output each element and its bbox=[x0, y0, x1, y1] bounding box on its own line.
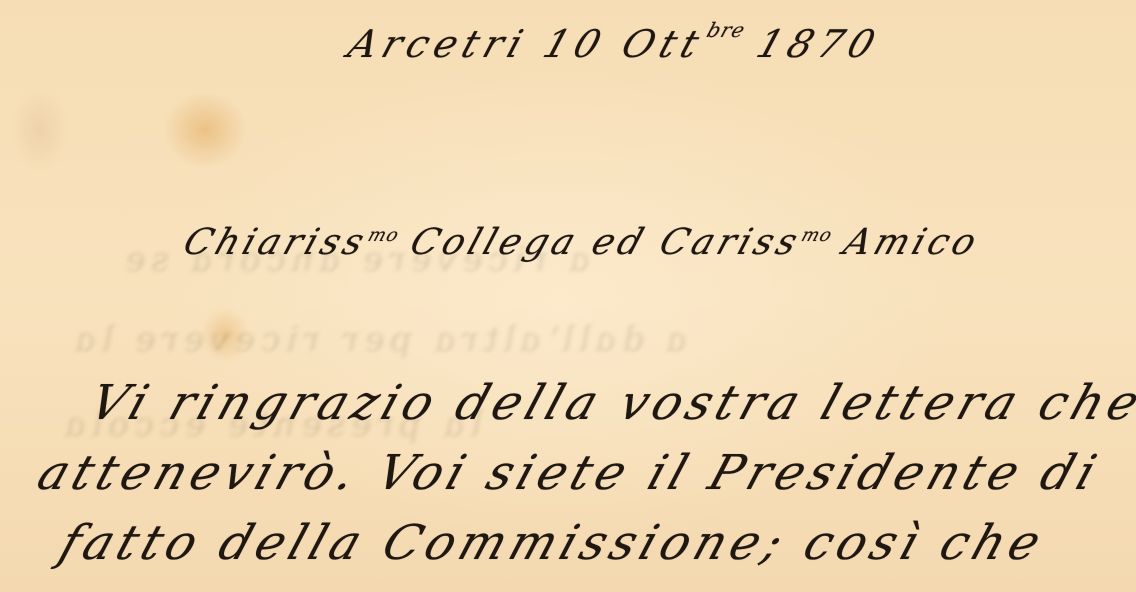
date-year: 1870 bbox=[751, 22, 886, 66]
date-month-superscript: bre bbox=[704, 18, 749, 42]
salutation-word: Collega ed Cariss bbox=[405, 222, 806, 263]
body-line: Vi ringrazio della vostra lettera che bbox=[83, 375, 1136, 431]
salutation: Chiarissmo Collega ed Carissmo Amico bbox=[178, 222, 985, 263]
place-name: Arcetri bbox=[343, 22, 534, 66]
date-month: Ott bbox=[616, 22, 710, 66]
letter-date-line: Arcetri 10 Ottbre 1870 bbox=[343, 22, 887, 66]
salutation-word: Chiariss bbox=[178, 222, 373, 263]
salutation-superscript: mo bbox=[799, 225, 836, 246]
bleed-through-text: a dall'altra per ricevere la bbox=[63, 320, 695, 360]
salutation-word: Amico bbox=[838, 222, 985, 263]
body-line: fatto della Commissione; così che bbox=[53, 515, 1053, 571]
letter-page: a ricevere ancora se a dall'altra per ri… bbox=[0, 0, 1136, 592]
body-line: attenevirò. Voi siete il Presidente di bbox=[31, 445, 1108, 501]
salutation-superscript: mo bbox=[365, 225, 402, 246]
date-day: 10 bbox=[538, 22, 613, 66]
